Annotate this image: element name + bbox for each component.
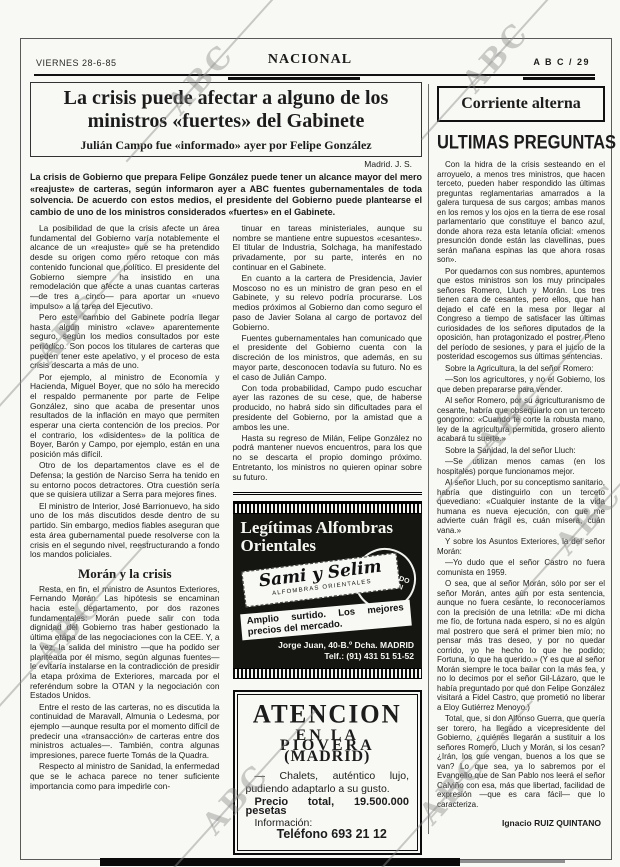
ad-phone-number: Teléfono 693 21 12	[246, 830, 410, 840]
paragraph: Sobre la Agricultura, la del señor Romer…	[437, 364, 605, 374]
section-title: NACIONAL	[0, 52, 620, 68]
paragraph: Con la hidra de la crisis sesteando en e…	[437, 160, 605, 265]
ad-stripe-border-bottom	[233, 668, 423, 679]
ad-separator-rules	[233, 492, 423, 503]
paragraph: —Se utilizan menos camas (en los hospita…	[437, 457, 605, 476]
column1-paragraphs: La posibilidad de que la crisis afecte u…	[30, 224, 220, 560]
paragraph: —Son los agricultores, y no el Gobierno,…	[437, 375, 605, 394]
paragraph: Entre el resto de las carteras, no es di…	[30, 703, 220, 761]
article-headline: La crisis puede afectar a alguno de los …	[37, 87, 415, 133]
paragraph: Otro de los departamentos clave es el de…	[30, 461, 220, 500]
paragraph: Por quedarnos con sus nombres, apuntemos…	[437, 267, 605, 362]
paragraph: Respecto al ministro de Sanidad, la enfe…	[30, 762, 220, 791]
header-rule-segment	[523, 77, 595, 80]
opinion-title: ULTIMAS PREGUNTAS	[437, 133, 605, 155]
paragraph: Hasta su regreso de Milán, Felipe Gonzál…	[233, 434, 423, 483]
column1b-paragraphs: Resta, en fin, el ministro de Asuntos Ex…	[30, 585, 220, 792]
ad-city-line: (MADRID)	[246, 752, 410, 762]
article-subhead: Julián Campo fue «informado» ayer por Fe…	[37, 138, 415, 153]
paragraph: Sobre la Sanidad, la del señor Lluch:	[437, 446, 605, 456]
column-divider	[428, 84, 429, 834]
paragraph: Al señor Lluch, por su conceptismo sanit…	[437, 478, 605, 535]
article-column-1: La posibilidad de que la crisis afecte u…	[30, 224, 220, 855]
header-rule	[34, 74, 595, 76]
main-article: La crisis puede afectar a alguno de los …	[30, 82, 422, 855]
author-signature: Ignacio RUIZ QUINTANO	[437, 818, 605, 828]
paragraph: tinuar en tareas ministeriales, aunque s…	[233, 224, 423, 273]
ad-stripe-border-top	[233, 503, 423, 514]
alfombras-ad: Legítimas Alfombras Orientales CERTIFICA…	[233, 492, 423, 679]
paragraph: El ministro de Interior, José Barrionuev…	[30, 502, 220, 560]
piovera-ad: ATENCION EN LA PIOVERA (MADRID) — Chalet…	[233, 690, 423, 855]
paragraph: —Yo dudo que el señor Castro no fuera co…	[437, 558, 605, 577]
newspaper-page: VIERNES 28-6-85 NACIONAL A B C / 29 La c…	[0, 0, 620, 867]
article-column-2: tinuar en tareas ministeriales, aunque s…	[233, 224, 423, 855]
scan-bottom-line	[460, 860, 565, 863]
opinion-section-box: Corriente alterna	[437, 86, 605, 122]
opinion-column: Corriente alterna ULTIMAS PREGUNTAS Con …	[437, 86, 605, 828]
headline-box: La crisis puede afectar a alguno de los …	[30, 82, 422, 157]
paragraph: En cuanto a la cartera de Presidencia, J…	[233, 274, 423, 332]
paragraph: O sea, que al señor Morán, sólo por ser …	[437, 579, 605, 712]
paragraph: Y sobre los Asuntos Exteriores, la del s…	[437, 537, 605, 556]
opinion-paragraphs: Con la hidra de la crisis sesteando en e…	[437, 160, 605, 809]
ad-description: — Chalets, auténtico lujo, pudiendo adap…	[246, 770, 410, 796]
ad-attention-title: ATENCION	[246, 701, 410, 728]
ad-slogan: Amplio surtido. Los mejores precios del …	[240, 600, 411, 641]
article-crosshead: Morán y la crisis	[30, 569, 220, 579]
ad-address: Jorge Juan, 40-B.º Dcha. MADRID	[241, 640, 415, 651]
ad-phone: Telf.: (91) 431 51 51-52	[241, 651, 415, 662]
paragraph: Resta, en fin, el ministro de Asuntos Ex…	[30, 585, 220, 701]
article-columns: La posibilidad de que la crisis afecte u…	[30, 224, 422, 855]
column2-paragraphs: tinuar en tareas ministeriales, aunque s…	[233, 224, 423, 482]
scan-bottom-bar	[100, 858, 460, 866]
ad-title-line1: Legítimas Alfombras	[241, 519, 415, 537]
paragraph: Fuentes gubernamentales han comunicado q…	[233, 334, 423, 383]
paragraph: Por ejemplo, al ministro de Economía y H…	[30, 373, 220, 460]
paragraph: Total, que, si don Alfonso Guerra, que q…	[437, 714, 605, 809]
header-rule-segment	[228, 77, 360, 80]
article-lead: La crisis de Gobierno que prepara Felipe…	[30, 172, 422, 218]
page-number: A B C / 29	[533, 57, 590, 67]
paragraph: Al señor Romero, por su agriculturanismo…	[437, 396, 605, 444]
paragraph: Con toda probabilidad, Campo pudo escuch…	[233, 384, 423, 433]
paragraph: La posibilidad de que la crisis afecte u…	[30, 224, 220, 311]
paragraph: Pero este cambio del Gabinete podría lle…	[30, 313, 220, 371]
article-byline: Madrid. J. S.	[30, 157, 422, 171]
ad-price: Precio total, 19.500.000 pesetas	[246, 798, 410, 817]
